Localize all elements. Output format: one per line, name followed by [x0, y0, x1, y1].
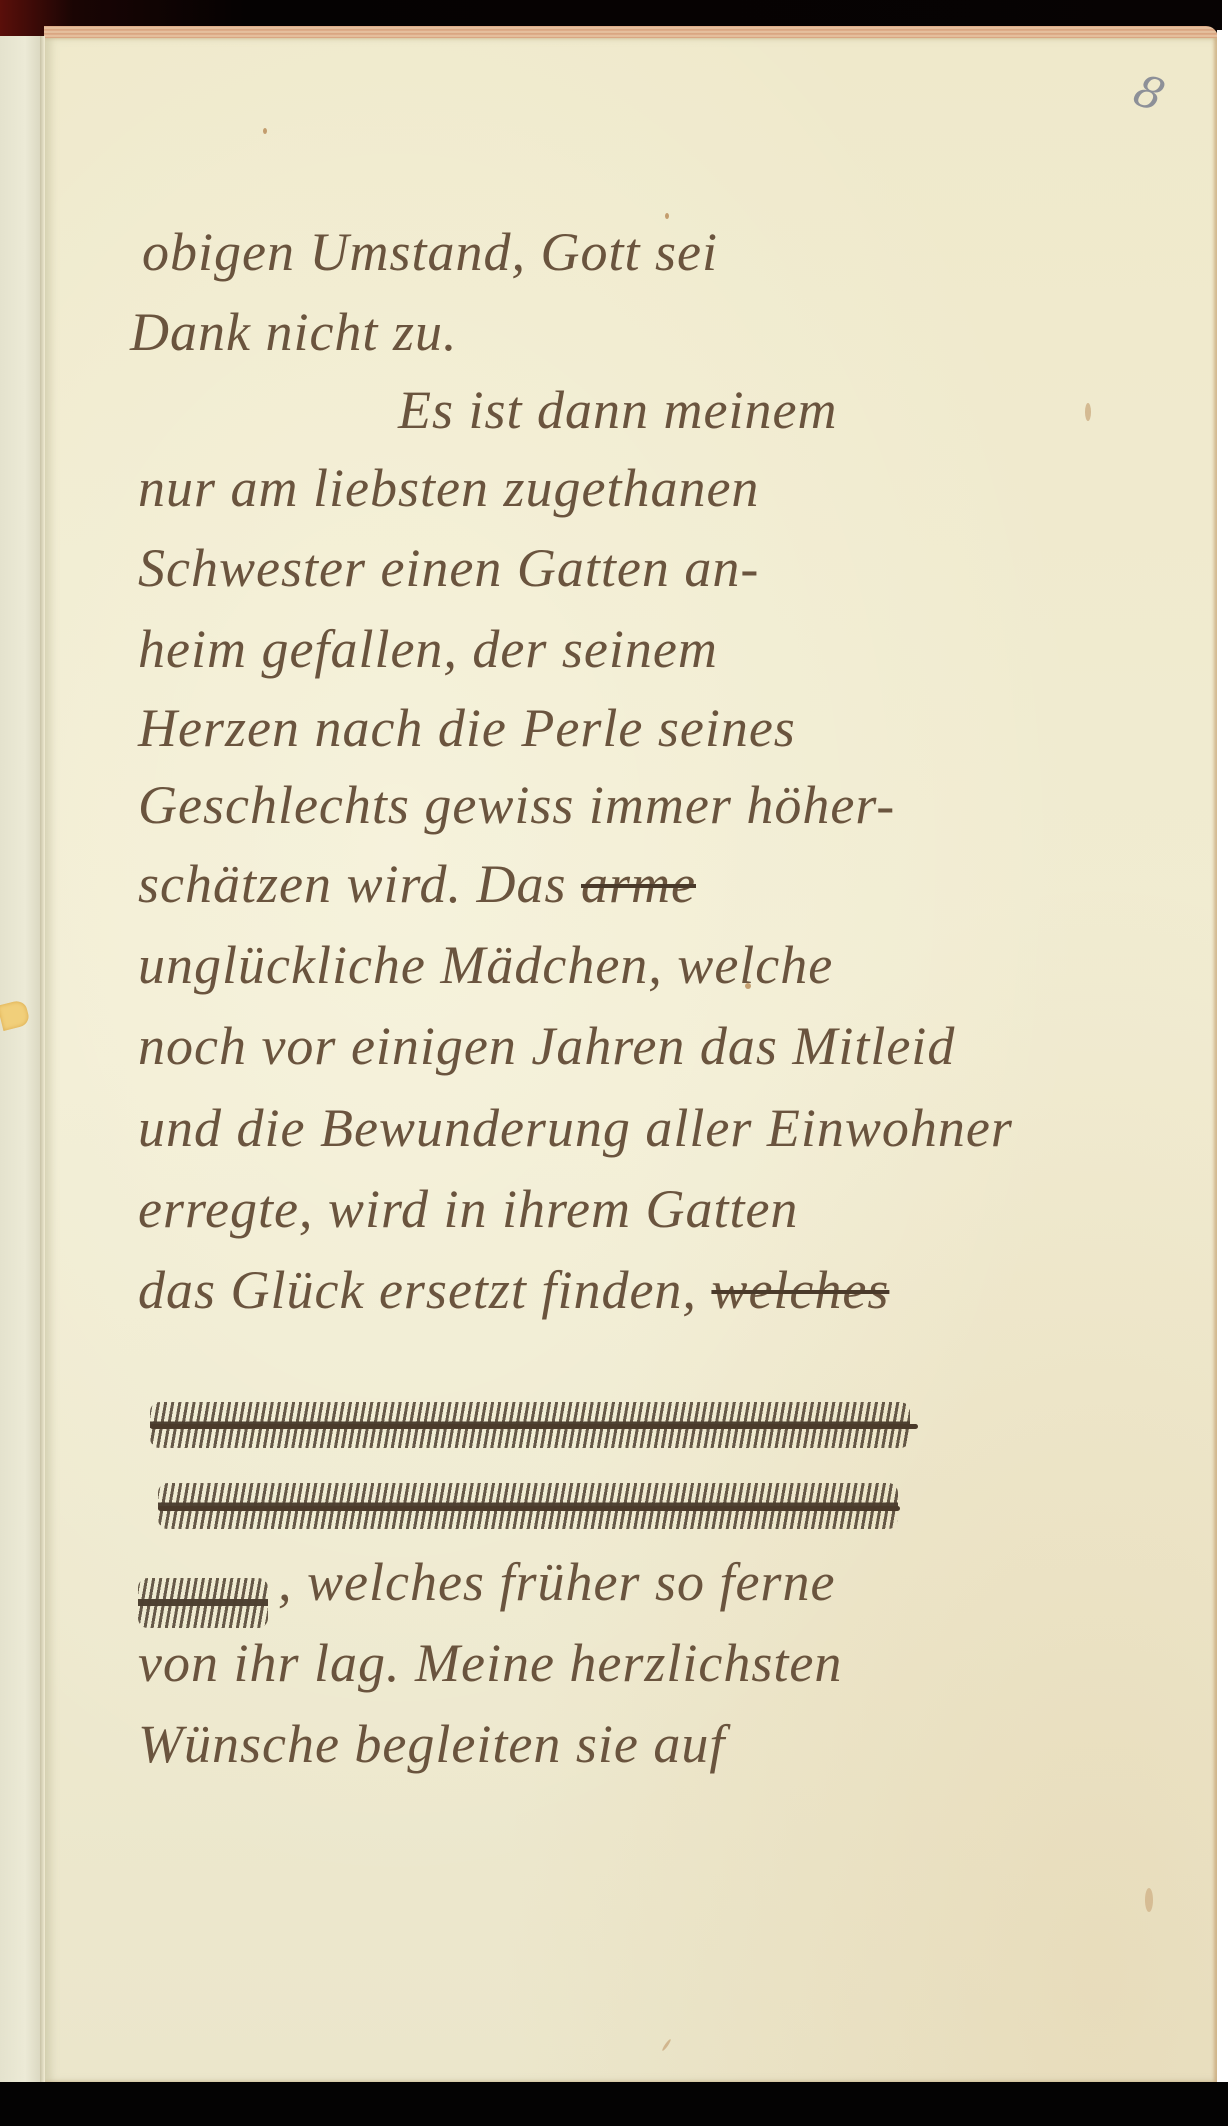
manuscript-line-18: von ihr lag. Meine herzlichsten [138, 1633, 842, 1693]
book-bottom-shadow [0, 2082, 1228, 2126]
struck-word: welches [711, 1260, 889, 1320]
manuscript-line-19: Wünsche begleiten sie auf [138, 1714, 725, 1774]
manuscript-line-10: unglückliche Mädchen, welche [138, 935, 833, 995]
manuscript-line-2: Dank nicht zu. [130, 302, 457, 362]
strike-rule-1 [150, 1424, 918, 1429]
crossed-out-word [138, 1578, 268, 1628]
manuscript-line-11: noch vor einigen Jahren das Mitleid [138, 1016, 955, 1076]
left-page-strip [0, 36, 42, 2082]
manuscript-line-1: obigen Umstand, Gott sei [142, 222, 718, 282]
manuscript-line-17: , welches früher so ferne [278, 1552, 835, 1612]
line-14-text: das Glück ersetzt finden, [138, 1260, 697, 1320]
struck-word: arme [581, 854, 696, 914]
line-9-text: schätzen wird. Das [138, 854, 567, 914]
manuscript-line-9: schätzen wird. Das arme [138, 854, 696, 914]
manuscript-line-14: das Glück ersetzt finden, welches [138, 1260, 889, 1320]
page-stack-edges [44, 26, 1218, 38]
manuscript-line-8: Geschlechts gewiss immer höher- [138, 775, 895, 835]
manuscript-line-7: Herzen nach die Perle seines [138, 698, 796, 758]
manuscript-line-6: heim gefallen, der seinem [138, 619, 718, 679]
manuscript-line-4: nur am liebsten zugethanen [138, 458, 759, 518]
manuscript-line-12: und die Bewunderung aller Einwohner [138, 1098, 1013, 1158]
manuscript-line-5: Schwester einen Gatten an- [138, 538, 759, 598]
manuscript-line-3: Es ist dann meinem [398, 380, 837, 440]
strike-rule-2 [158, 1506, 900, 1511]
scan-margin [1217, 30, 1228, 2082]
manuscript-line-13: erregte, wird in ihrem Gatten [138, 1179, 798, 1239]
